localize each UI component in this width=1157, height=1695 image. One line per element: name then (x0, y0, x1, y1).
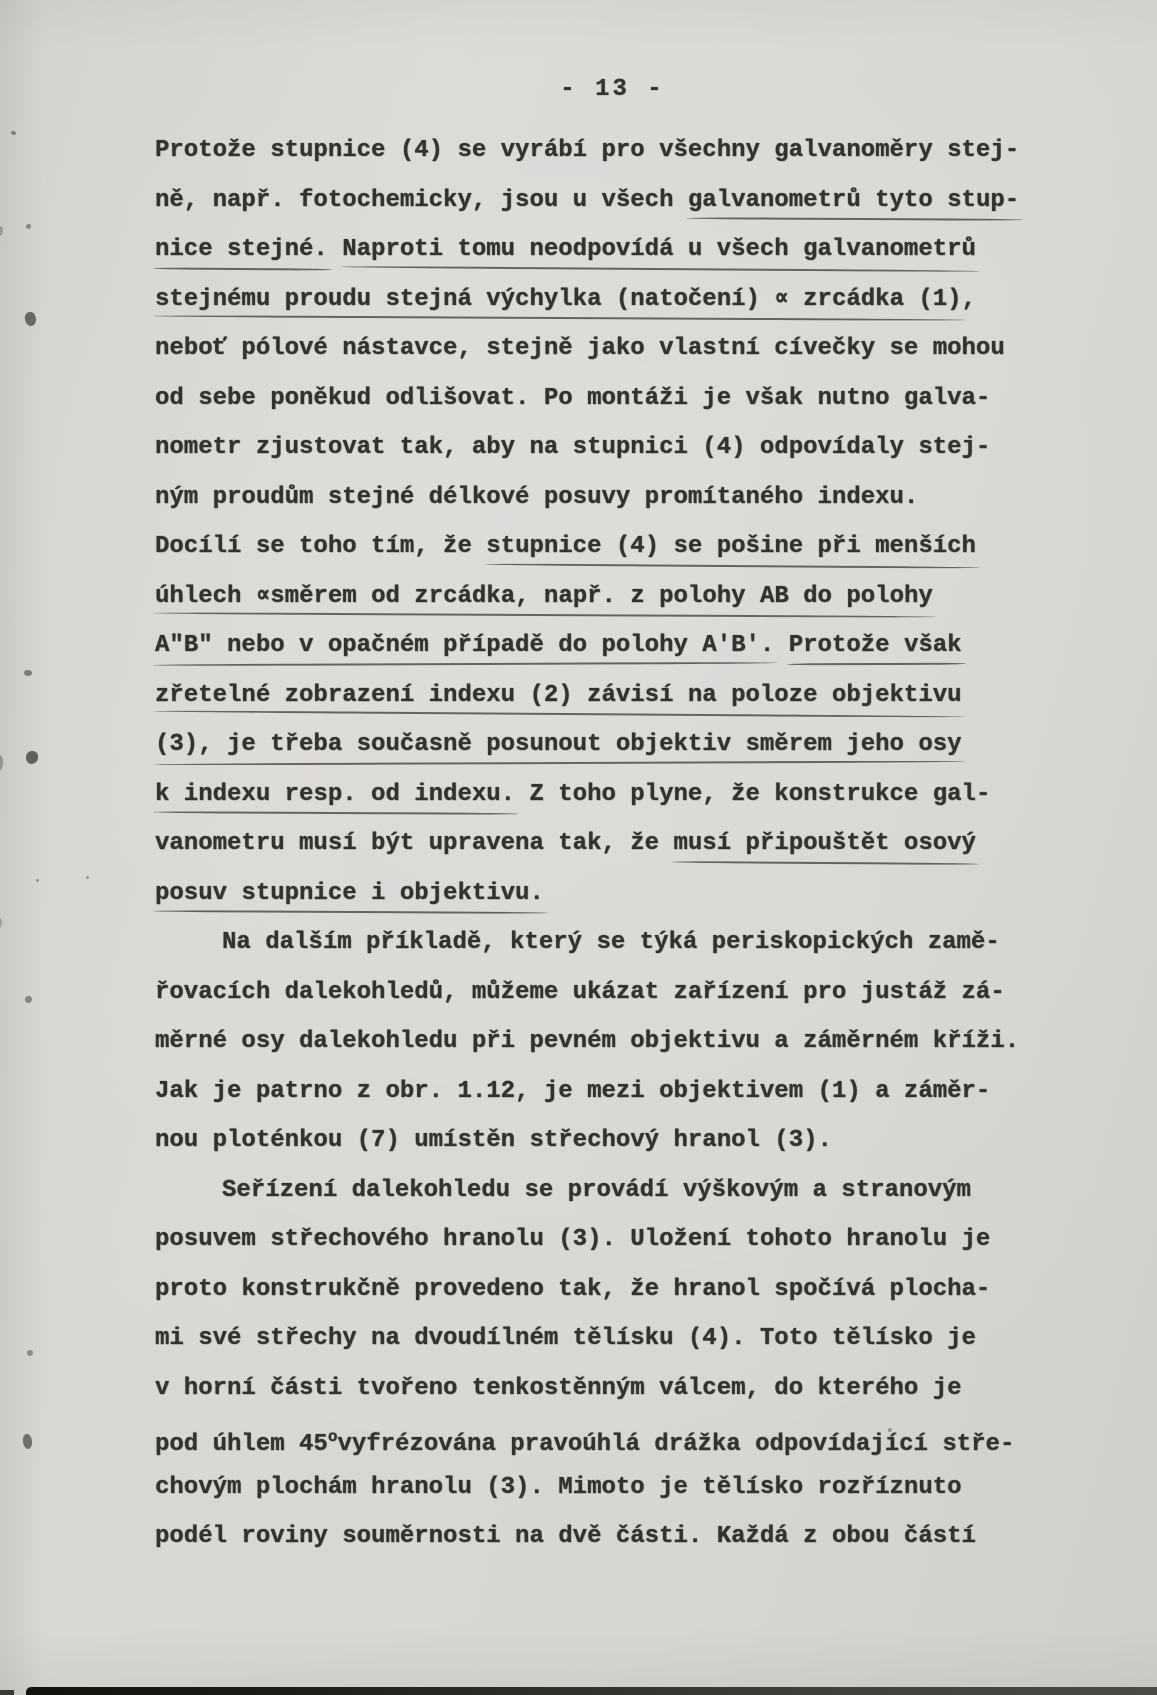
text-line: (3), je třeba současně posunout objektiv… (155, 720, 1075, 770)
text-segment: mi své střechy na dvoudílném tělísku (4)… (155, 1314, 976, 1364)
text-line: nometr zjustovat tak, aby na stupnici (4… (155, 423, 1075, 473)
underlined-text: stejnému proudu stejná výchylka (natočen… (155, 275, 962, 325)
text-line: řovacích dalekohledů, můžeme ukázat zaří… (155, 968, 1075, 1018)
text-segment: měrné osy dalekohledu při pevném objekti… (155, 1017, 1019, 1067)
text-line: Seřízení dalekohledu se provádí výškovým… (155, 1166, 1075, 1216)
text-line: chovým plochám hranolu (3). Mimoto je tě… (155, 1463, 1075, 1513)
ink-speck (86, 876, 89, 879)
text-line: Protože stupnice (4) se vyrábí pro všech… (155, 126, 1075, 176)
underlined-text: Protože však (789, 621, 962, 671)
text-line: podél roviny souměrnosti na dvě části. K… (155, 1512, 1075, 1562)
ink-speck (0, 755, 3, 771)
ink-speck (22, 1433, 33, 1449)
text-segment: ně, např. fotochemicky, jsou u všech (155, 176, 688, 226)
page-number: - 13 - (0, 76, 1157, 103)
underlined-text: nice stejné. (155, 225, 328, 275)
text-line: pod úhlem 45ovyfrézována pravoúhlá drážk… (155, 1413, 1075, 1463)
text-line: úhlech ∝směrem od zrcádka, např. z poloh… (155, 572, 1075, 622)
text-line: posuv stupnice i objektivu. (155, 869, 1075, 919)
text-segment: vanometru musí být upravena tak, že (155, 819, 673, 869)
underlined-text: (3), je třeba současně posunout objektiv… (155, 720, 962, 770)
page-body: Protože stupnice (4) se vyrábí pro všech… (155, 126, 1075, 1562)
text-segment: Z toho plyne, že konstrukce gal- (515, 770, 990, 820)
text-segment: podél roviny souměrnosti na dvě části. K… (155, 1512, 976, 1562)
text-segment: Protože stupnice (4) se vyrábí pro všech… (155, 126, 1019, 176)
text-line: Na dalším příkladě, který se týká perisk… (155, 918, 1075, 968)
scan-edge-corner (0, 1690, 14, 1695)
text-line: k indexu resp. od indexu. Z toho plyne, … (155, 770, 1075, 820)
ink-speck (0, 918, 2, 928)
text-segment: posuvem střechového hranolu (3). Uložení… (155, 1215, 990, 1265)
ink-speck (36, 879, 39, 882)
text-segment: o (328, 1413, 338, 1463)
text-line: v horní části tvořeno tenkostěnným válce… (155, 1364, 1075, 1414)
ink-speck (24, 669, 33, 676)
text-segment: proto konstrukčně provedeno tak, že hran… (155, 1265, 990, 1315)
text-segment: neboť pólové nástavce, stejně jako vlast… (155, 324, 1005, 374)
underlined-text: stupnice (4) se pošine při menších (486, 522, 976, 572)
ink-speck (23, 311, 37, 327)
text-line: od sebe poněkud odlišovat. Po montáži je… (155, 374, 1075, 424)
text-line: měrné osy dalekohledu při pevném objekti… (155, 1017, 1075, 1067)
text-line: ným proudům stejné délkové posuvy promít… (155, 473, 1075, 523)
text-segment (774, 621, 788, 671)
ink-speck (25, 750, 38, 764)
underlined-text: musí připouštět osový (673, 819, 975, 869)
text-line: ně, např. fotochemicky, jsou u všech gal… (155, 176, 1075, 226)
text-line: Jak je patrno z obr. 1.12, je mezi objek… (155, 1067, 1075, 1117)
text-segment: řovacích dalekohledů, můžeme ukázat zaří… (155, 968, 1005, 1018)
text-segment: Na dalším příkladě, který se týká perisk… (222, 918, 1000, 968)
ink-speck (10, 130, 16, 136)
scan-edge-shadow (26, 1687, 1157, 1695)
text-line: A"B" nebo v opačném případě do polohy A'… (155, 621, 1075, 671)
text-segment (328, 225, 342, 275)
text-segment: , (962, 275, 976, 325)
text-segment: nou ploténkou (7) umístěn střechový hran… (155, 1116, 832, 1166)
text-segment: nometr zjustovat tak, aby na stupnici (4… (155, 423, 990, 473)
text-line: nice stejné. Naproti tomu neodpovídá u v… (155, 225, 1075, 275)
text-segment: Jak je patrno z obr. 1.12, je mezi objek… (155, 1067, 990, 1117)
text-segment: od sebe poněkud odlišovat. Po montáži je… (155, 374, 990, 424)
ink-speck (26, 1349, 33, 1356)
ink-speck (24, 995, 33, 1004)
text-line: zřetelné zobrazení indexu (2) závisí na … (155, 671, 1075, 721)
text-segment: chovým plochám hranolu (3). Mimoto je tě… (155, 1463, 962, 1513)
underlined-text: k indexu resp. od indexu. (155, 770, 515, 820)
underlined-text: Naproti tomu neodpovídá u všech galvanom… (342, 225, 976, 275)
text-line: stejnému proudu stejná výchylka (natočen… (155, 275, 1075, 325)
text-line: vanometru musí být upravena tak, že musí… (155, 819, 1075, 869)
text-line: neboť pólové nástavce, stejně jako vlast… (155, 324, 1075, 374)
ink-speck (26, 224, 31, 229)
scanned-document-page: { "document": { "page_number": "- 13 -",… (0, 0, 1157, 1695)
underlined-text: A"B" nebo v opačném případě do polohy A'… (155, 621, 774, 671)
text-line: proto konstrukčně provedeno tak, že hran… (155, 1265, 1075, 1315)
text-segment: Seřízení dalekohledu se provádí výškovým… (222, 1166, 971, 1216)
text-segment: Docílí se toho tím, že (155, 522, 486, 572)
text-line: posuvem střechového hranolu (3). Uložení… (155, 1215, 1075, 1265)
text-line: nou ploténkou (7) umístěn střechový hran… (155, 1116, 1075, 1166)
underlined-text: úhlech ∝směrem od zrcádka, např. z poloh… (155, 572, 933, 622)
underlined-text: galvanometrů tyto stup- (688, 176, 1019, 226)
text-line: Docílí se toho tím, že stupnice (4) se p… (155, 522, 1075, 572)
underlined-text: zřetelné zobrazení indexu (2) závisí na … (155, 671, 962, 721)
ink-speck (0, 226, 3, 236)
text-line: mi své střechy na dvoudílném tělísku (4)… (155, 1314, 1075, 1364)
text-segment: ným proudům stejné délkové posuvy promít… (155, 473, 918, 523)
text-segment: v horní části tvořeno tenkostěnným válce… (155, 1364, 962, 1414)
underlined-text: posuv stupnice i objektivu. (155, 869, 544, 919)
